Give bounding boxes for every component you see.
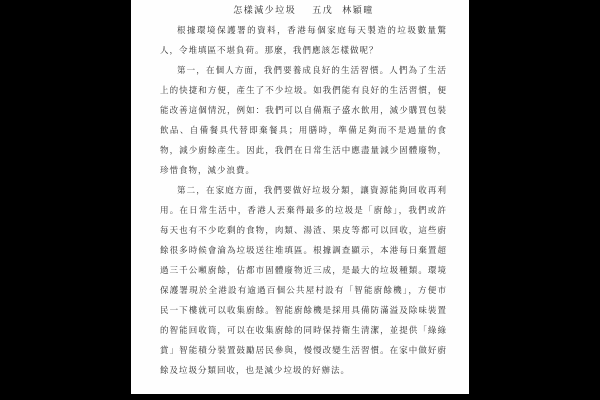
class-name: 五戊 xyxy=(312,6,333,16)
essay-page: 怎樣減少垃圾五戊林穎曈 根據環境保護署的資料，香港每個家庭每天製造的垃圾數量驚人… xyxy=(131,0,469,394)
essay-paragraph-personal: 第一，在個人方面，我們要養成良好的生活習慣。人們為了生活上的快捷和方便，產生了不… xyxy=(160,61,447,181)
letterbox-background: 怎樣減少垃圾五戊林穎曈 根據環境保護署的資料，香港每個家庭每天製造的垃圾數量驚人… xyxy=(0,0,600,400)
author-name: 林穎曈 xyxy=(342,6,374,16)
essay-paragraph-intro: 根據環境保護署的資料，香港每個家庭每天製造的垃圾數量驚人，令堆填區不堪負荷。那麼… xyxy=(160,21,447,61)
essay-paragraph-family: 第二，在家庭方面，我們要做好垃圾分類，讓資源能夠回收再利用。在日常生活中，香港人… xyxy=(160,181,447,381)
essay-title-line: 怎樣減少垃圾五戊林穎曈 xyxy=(160,1,447,21)
essay-content: 怎樣減少垃圾五戊林穎曈 根據環境保護署的資料，香港每個家庭每天製造的垃圾數量驚人… xyxy=(131,0,469,381)
essay-title: 怎樣減少垃圾 xyxy=(233,6,296,16)
